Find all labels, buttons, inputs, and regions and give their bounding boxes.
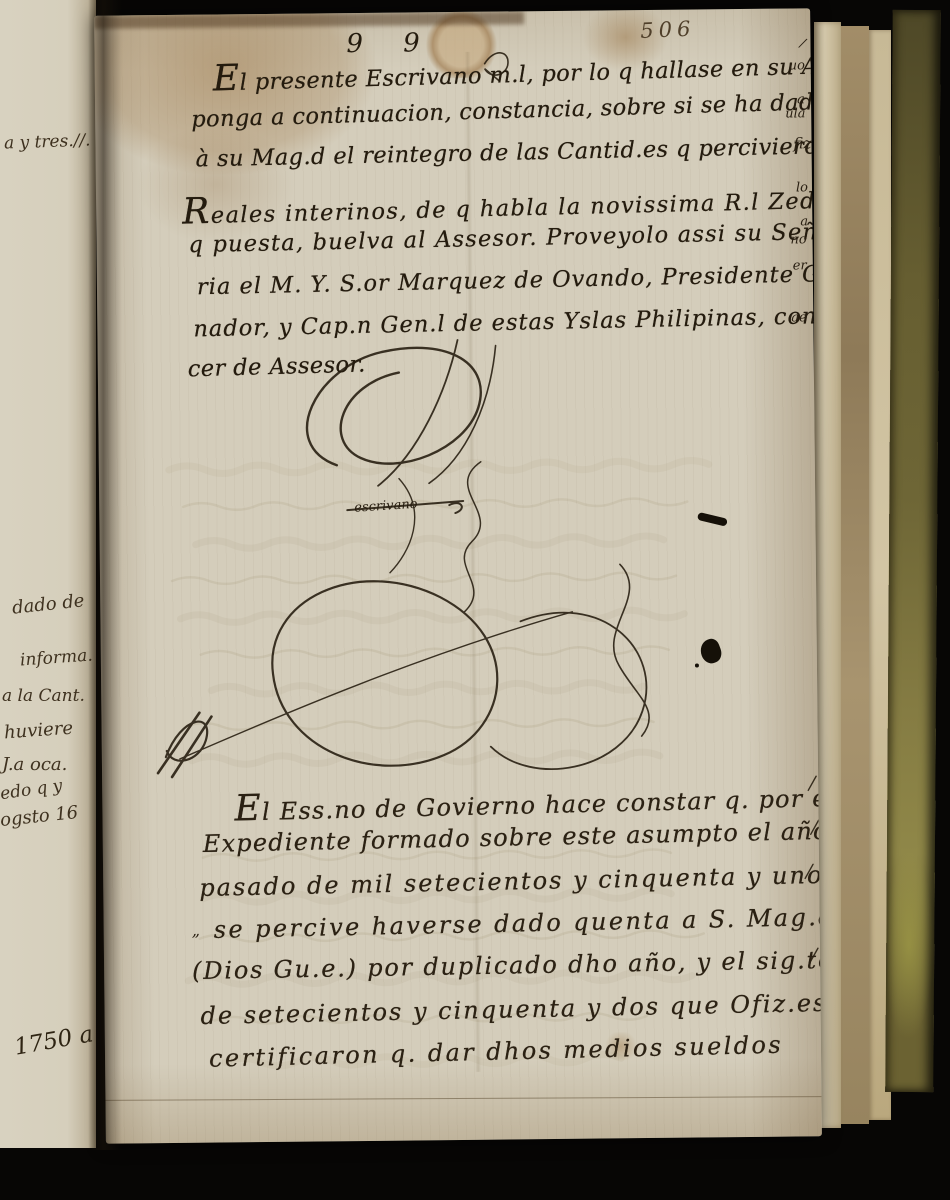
main-page: 506 9 9 El presente Escrivano m.l, por l…	[94, 8, 822, 1143]
manuscript-line: cer de Assesor.	[187, 351, 366, 382]
edge-spill-text: no	[790, 232, 806, 247]
edge-spill-text: a	[800, 214, 808, 229]
edge-spill-text: ula	[785, 106, 805, 121]
manuscript-photo: a y tres.//. dado de informa. a la Cant.…	[0, 0, 950, 1200]
edge-spill-text: fiz	[793, 134, 811, 152]
facing-fragment: a la Cant.	[2, 686, 85, 706]
edge-spill-text: lo	[796, 180, 808, 195]
vellum-cover-edge	[885, 10, 941, 1092]
page-edge-strip	[841, 26, 869, 1124]
facing-fragment: informa.	[19, 645, 93, 670]
folio-number: 506	[640, 17, 696, 43]
facing-fragment: ogsto 16	[0, 802, 79, 831]
gutter-shadow	[88, 0, 122, 1150]
facing-fragment: huviere	[3, 718, 73, 744]
ink-speck	[695, 663, 699, 667]
edge-spill-text: a	[797, 92, 805, 107]
facing-page: a y tres.//. dado de informa. a la Cant.…	[0, 0, 96, 1148]
facing-fragment: a y tres.//.	[4, 130, 91, 153]
margin-tick: „	[192, 921, 200, 940]
facing-fragment-year: 1750 a	[12, 1021, 95, 1060]
edge-spill-text: ae	[791, 310, 807, 325]
facing-fragment: dado de	[11, 590, 85, 618]
facing-fragment: edo q y	[0, 776, 64, 805]
vellum-sheen	[888, 850, 935, 1040]
edge-spill-text: er	[793, 258, 807, 273]
facing-fragment: J.a oca.	[2, 754, 67, 775]
edge-spill-text: uo	[789, 58, 805, 73]
